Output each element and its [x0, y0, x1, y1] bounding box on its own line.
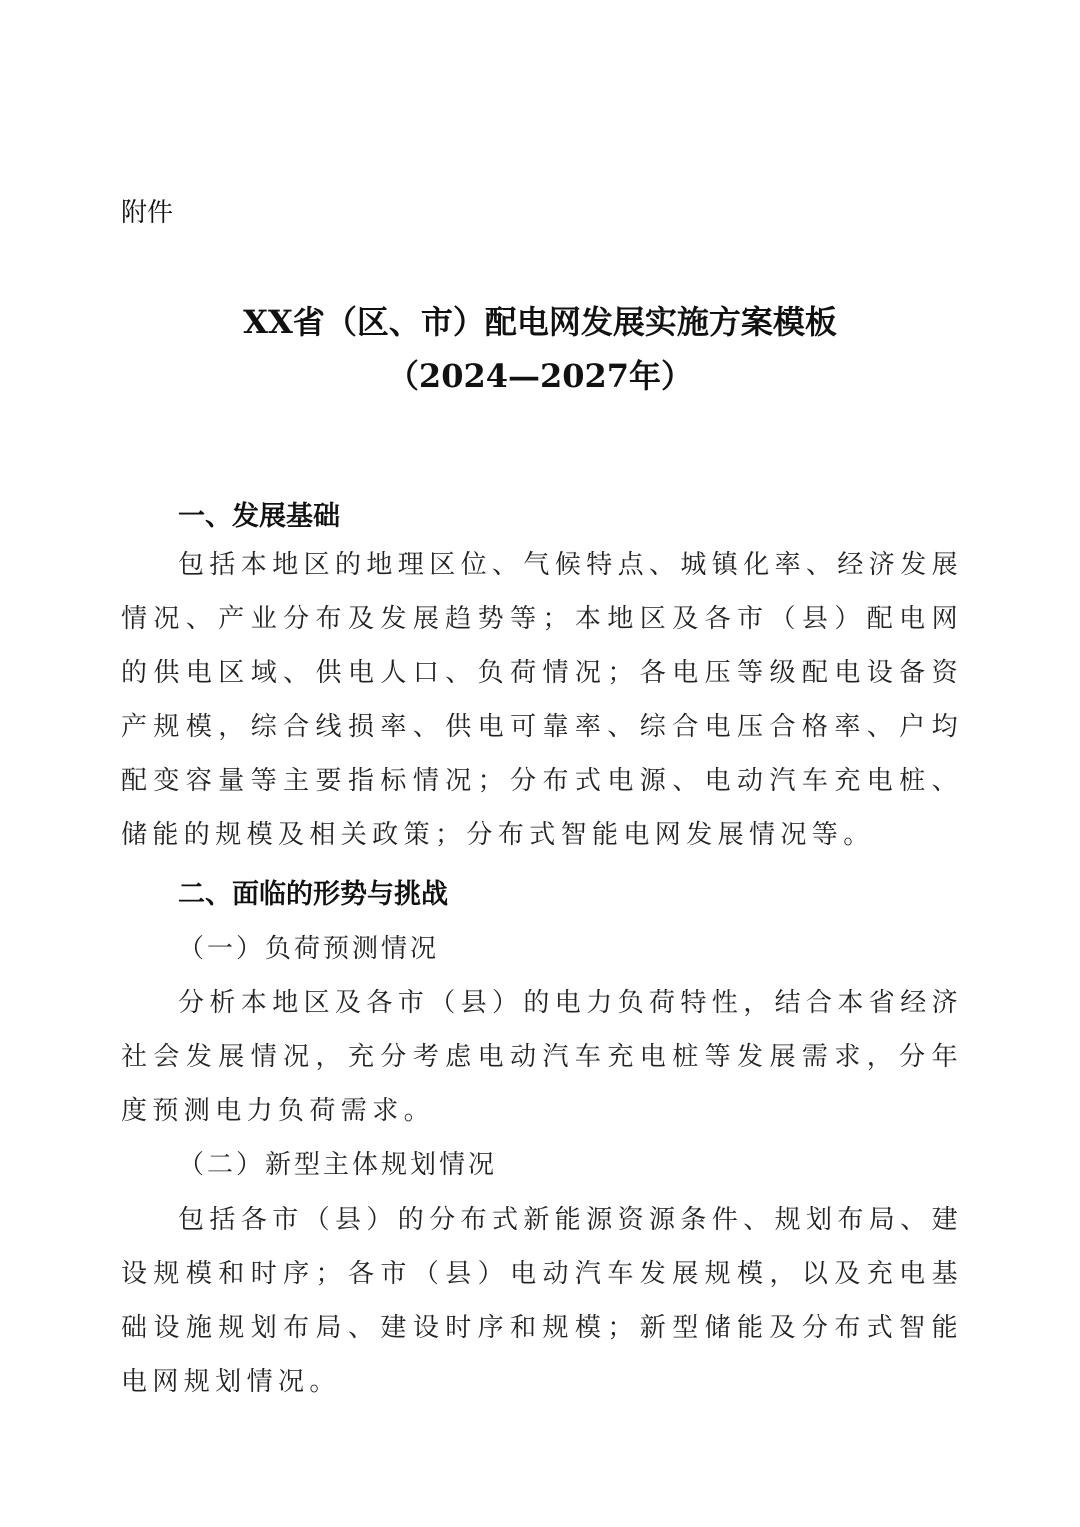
subsection-paragraph-new-entities-planning: 包括各市（县）的分布式新能源资源条件、规划布局、建设规模和时序；各市（县）电动汽…	[121, 1193, 963, 1409]
document-page: 附件 XX省（区、市）配电网发展实施方案模板 （2024—2027年） 一、发展…	[0, 0, 1080, 1527]
subsection-heading-load-forecast: （一）负荷预测情况	[178, 932, 439, 966]
section-heading-situation-challenges: 二、面临的形势与挑战	[178, 878, 448, 912]
subsection-paragraph-load-forecast: 分析本地区及各市（县）的电力负荷特性，结合本省经济社会发展情况，充分考虑电动汽车…	[121, 976, 963, 1138]
attachment-label: 附件	[121, 197, 173, 229]
document-subtitle-years: （2024—2027年）	[0, 356, 1080, 396]
document-title: XX省（区、市）配电网发展实施方案模板	[0, 302, 1080, 342]
subsection-heading-new-entities-planning: （二）新型主体规划情况	[178, 1148, 497, 1182]
section-heading-development-basis: 一、发展基础	[178, 500, 340, 534]
section-paragraph-development-basis: 包括本地区的地理区位、气候特点、城镇化率、经济发展情况、产业分布及发展趋势等；本…	[121, 538, 963, 862]
